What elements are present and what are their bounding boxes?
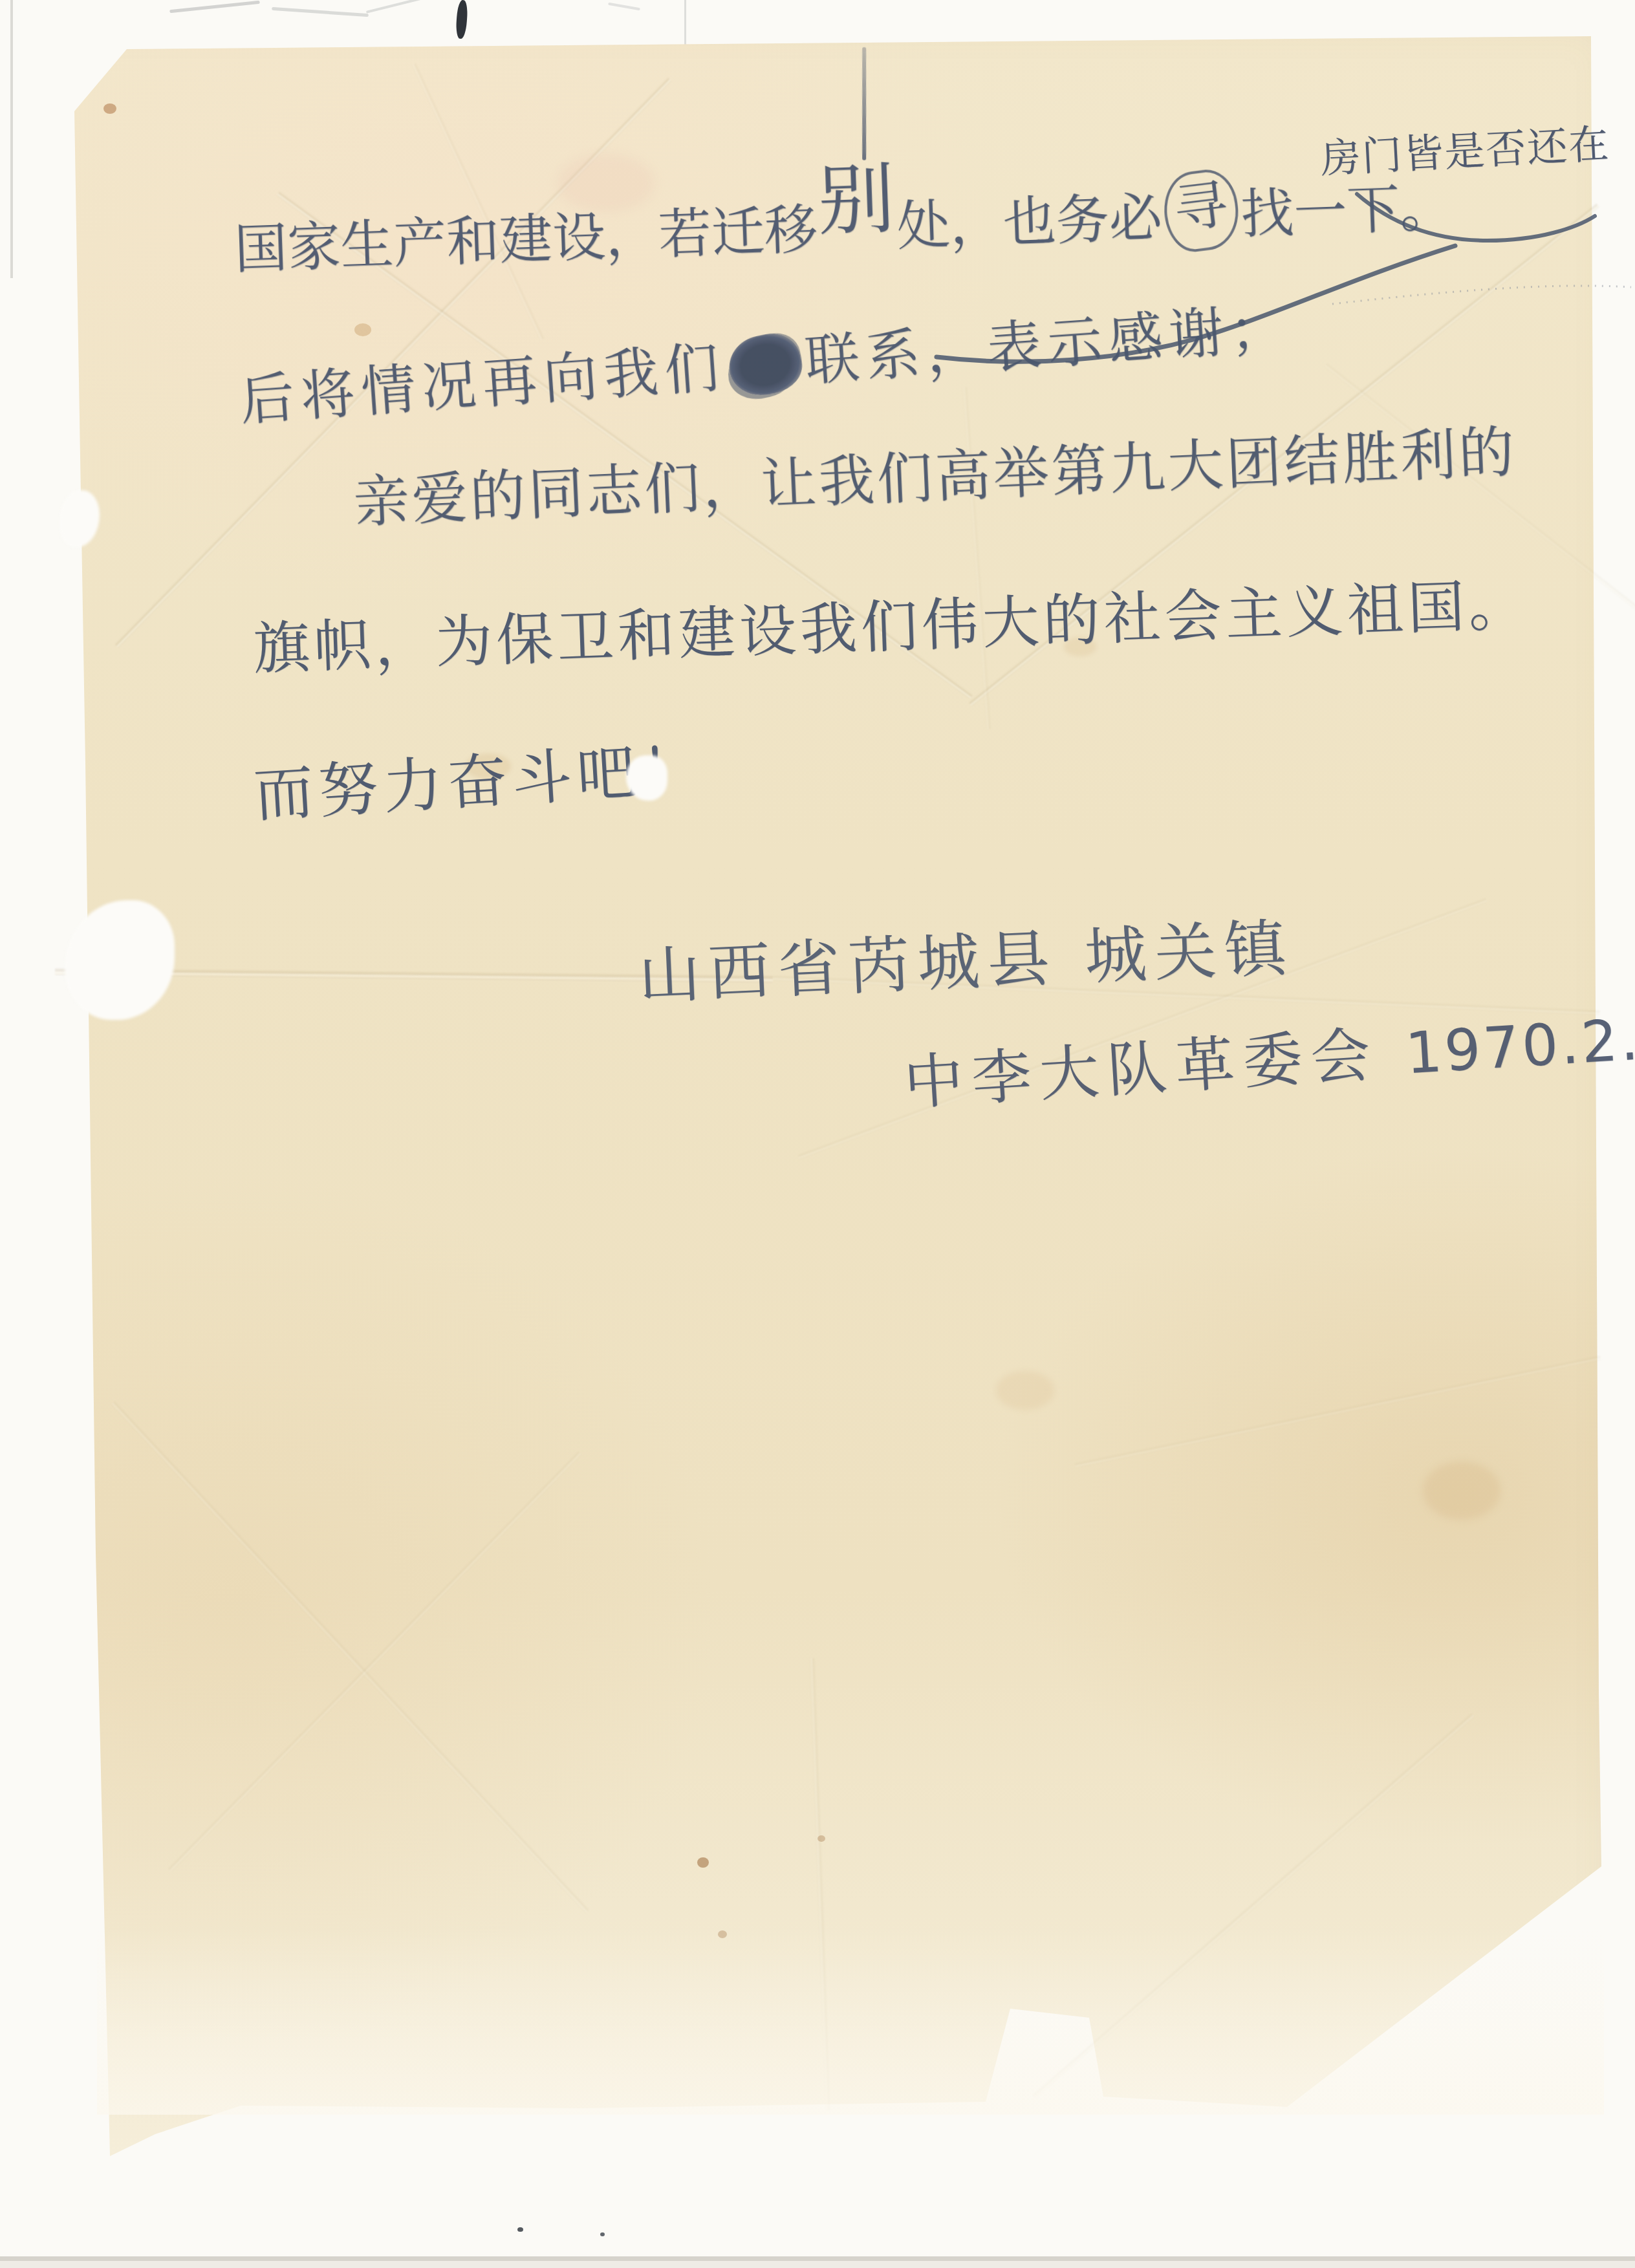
scanner-streak	[10, 0, 13, 278]
line1-text: 处，也务必	[896, 187, 1163, 257]
pencil-scuff	[608, 3, 640, 11]
pencil-scuff	[272, 7, 369, 17]
redacted-ink-blot	[724, 328, 807, 401]
scanner-edge-line	[0, 2256, 1635, 2261]
ink-speck	[517, 2227, 523, 2232]
line1-text: 找一下。	[1240, 177, 1454, 245]
scanner-edge-shadow	[0, 2261, 1635, 2268]
pencil-scuff	[366, 0, 423, 14]
ink-drip-mark	[455, 0, 468, 39]
pencil-scuff	[169, 1, 260, 14]
line1-text: 国家生产和建设，若迁移	[233, 199, 819, 281]
scanned-letter-page: 国家生产和建设，若迁移别处，也务必寻找一下。 后将情况再向我们联系，表示感谢； …	[0, 0, 1635, 2268]
inserted-word: 别	[816, 161, 896, 241]
ink-speck	[600, 2232, 605, 2236]
circled-word: 寻	[1160, 166, 1242, 255]
